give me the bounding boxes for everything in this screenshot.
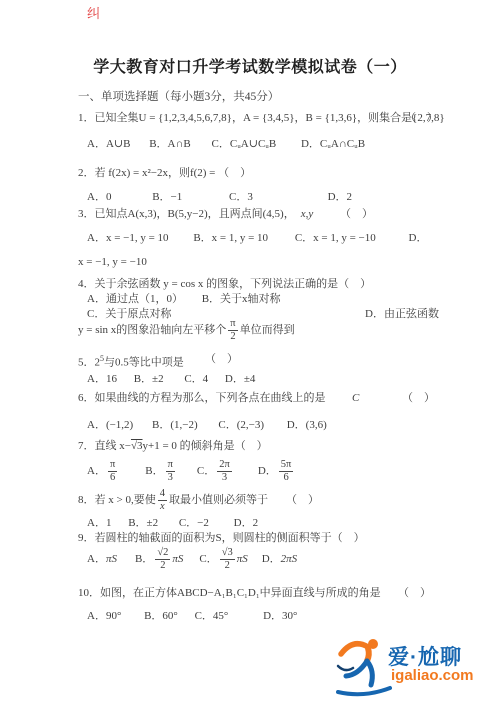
q1-option-c: C．CᵤA∪CᵤB [212, 137, 277, 151]
q5-option-c: C．4 [184, 372, 208, 386]
q5-stem-post: 与0.5等比中项是 [104, 357, 184, 369]
q7-sqrt: √3 [131, 440, 143, 452]
q7-frac-b: π3 [166, 459, 175, 483]
q7-stem-line: 7．直线 x−√3y+1 = 0 的倾斜角是（ ） [78, 439, 268, 453]
q5-option-b: B．±2 [134, 372, 164, 386]
q9-stem: 9．若圆柱的轴截面的面积为S，则圆柱的侧面积等于 [78, 532, 332, 544]
q4-stem-line: 4．关于余弦函数 y = cos x 的图象，下列说法正确的是（ ） [78, 277, 371, 291]
q3-bracket: （ ） [340, 207, 373, 221]
q8-option-a: A．1 [87, 516, 111, 530]
q1-bracket: （ ） [405, 111, 438, 125]
q3-stem-line: 3．已知点A(x,3)，B(5,y−2)，且两点间(4,5)，x,y [78, 207, 313, 221]
q9-option-a: A．πS [87, 552, 117, 566]
q7-frac-a: π6 [108, 459, 117, 483]
q8-bracket: （ ） [286, 493, 319, 507]
q5-bracket: （ ） [205, 352, 238, 366]
q4-option-d: D．由正弦函数 [365, 307, 439, 321]
q4-stem: 4．关于余弦函数 y = cos x 的图象，下列说法正确的是 [78, 278, 338, 290]
q3-continuation: x = −1, y = −10 [78, 255, 147, 269]
q10-option-c: C．45° [195, 609, 229, 623]
q9-frac-c: √32 [220, 547, 235, 571]
q10-option-a: A．90° [87, 609, 121, 623]
q9-frac-b: √22 [155, 547, 170, 571]
q4-fraction: π2 [228, 318, 237, 342]
q6-option-d: D．(3,6) [287, 418, 327, 432]
runner-icon [336, 634, 392, 698]
q9-options: A．πS B．√22πS C．√32πS D．2πS [87, 545, 297, 573]
q8-stem-pre: 8．若 x > 0,要使 [78, 493, 156, 507]
q7-option-b: B．π3 [145, 459, 177, 483]
exam-title: 学大教育对口升学考试数学模拟试卷（一） [0, 54, 500, 77]
q3-option-c: C．x = 1, y = −10 [295, 231, 376, 245]
corner-mark: 纠 [87, 3, 100, 22]
q7-stem-pre: 7．直线 x− [78, 440, 131, 452]
q2-option-c: C．3 [229, 190, 253, 204]
q10-options: A．90° B．60° C．45° D．30° [87, 609, 297, 623]
q8-stem-line: 8．若 x > 0,要使 4x 取最小值则必须等于 [78, 487, 268, 513]
q10-option-b: B．60° [144, 609, 178, 623]
q8-option-d: D．2 [234, 516, 258, 530]
q6-curve-label: C [352, 391, 359, 405]
q7-frac-d: 5π6 [279, 459, 294, 483]
q2-options: A．0 B．−1 C．3 D．2 [87, 190, 352, 204]
q7-options: A．π6 B．π3 C．2π3 D．5π6 [87, 456, 295, 486]
q7-option-a: A．π6 [87, 459, 119, 483]
q7-frac-c: 2π3 [217, 459, 232, 483]
q5-option-a: A．16 [87, 372, 117, 386]
q4-option-b: B．关于x轴对称 [202, 292, 281, 306]
q9-option-c: C．√32πS [199, 547, 247, 571]
q6-option-a: A．(−1,2) [87, 418, 133, 432]
q9-bracket: （ ） [332, 532, 365, 544]
q4-cont-pre: y = sin x的图象沿轴向左平移个 [78, 323, 226, 337]
q1-options: A．A∪B B．A∩B C．CᵤA∪CᵤB D．CᵤA∩CᵤB [87, 137, 365, 151]
exam-page: 纠 学大教育对口升学考试数学模拟试卷（一） 一、单项选择题（每小题3分，共45分… [0, 0, 500, 708]
q4-options-row1: A．通过点（1，0） B．关于x轴对称 [87, 292, 281, 306]
q8-options: A．1 B．±2 C．−2 D．2 [87, 516, 258, 530]
q3-option-b: B．x = 1, y = 10 [193, 231, 268, 245]
q3-stem: 3．已知点A(x,3)，B(5,y−2)，且两点间(4,5)， [78, 208, 295, 220]
q9-option-b: B．√22πS [135, 547, 183, 571]
q8-option-c: C．−2 [179, 516, 209, 530]
q1-stem: 1．已知全集U = {1,2,3,4,5,6,7,8}，A = {3,4,5}，… [78, 111, 445, 125]
q9-option-d: D．2πS [262, 552, 297, 566]
q4-option-a: A．通过点（1，0） [87, 292, 183, 306]
logo-domain: igaliao.com [391, 667, 474, 684]
q6-bracket: （ ） [402, 391, 435, 405]
q1-option-d: D．CᵤA∩CᵤB [301, 137, 365, 151]
q7-bracket: （ ） [235, 440, 268, 452]
section-header: 一、单项选择题（每小题3分，共45分） [78, 90, 279, 104]
q2-stem-line: 2．若 f(2x) = x²−2x，则f(2) = （ ） [78, 166, 251, 180]
q7-option-c: C．2π3 [197, 459, 234, 483]
q1-option-b: B．A∩B [149, 137, 191, 151]
q2-stem: 2．若 f(2x) = x²−2x，则f(2) = [78, 167, 218, 179]
q2-option-a: A．0 [87, 190, 111, 204]
q10-stem: 10．如图，在正方体ABCD−A₁B₁C₁D₁中异面直线与所成的角是 [78, 586, 381, 600]
q7-option-d: D．5π6 [258, 459, 296, 483]
q10-bracket: （ ） [398, 586, 431, 600]
q3-vars: x,y [301, 208, 314, 220]
q5-stem-line: 5．25与0.5等比中项是 [78, 352, 184, 370]
q6-option-c: C．(2,−3) [218, 418, 264, 432]
q8-fraction: 4x [158, 488, 167, 512]
q5-options: A．16 B．±2 C．4 D．±4 [87, 372, 255, 386]
q8-option-b: B．±2 [128, 516, 158, 530]
q4-bracket: （ ） [338, 278, 371, 290]
q3-option-d: D． [409, 231, 428, 245]
q4-continuation: y = sin x的图象沿轴向左平移个 π2 单位而得到 [78, 317, 295, 343]
q2-option-b: B．−1 [152, 190, 182, 204]
q6-stem: 6．如果曲线的方程为那么，下列各点在曲线上的是 [78, 391, 326, 405]
q3-options: A．x = −1, y = 10 B．x = 1, y = 10 C．x = 1… [87, 231, 427, 245]
q3-option-a: A．x = −1, y = 10 [87, 231, 169, 245]
q2-bracket: （ ） [218, 167, 251, 179]
q2-option-d: D．2 [328, 190, 352, 204]
q6-options: A．(−1,2) B．(1,−2) C．(2,−3) D．(3,6) [87, 418, 327, 432]
q10-option-d: D．30° [263, 609, 297, 623]
q9-stem-line: 9．若圆柱的轴截面的面积为S，则圆柱的侧面积等于（ ） [78, 531, 365, 545]
q5-stem-pre: 5．2 [78, 357, 100, 369]
q8-stem-post: 取最小值则必须等于 [169, 493, 268, 507]
q4-cont-post: 单位而得到 [240, 323, 295, 337]
q1-option-a: A．A∪B [87, 137, 130, 151]
q6-option-b: B．(1,−2) [152, 418, 198, 432]
q7-stem-post: y+1 = 0 的倾斜角是 [143, 440, 235, 452]
q5-option-d: D．±4 [225, 372, 255, 386]
